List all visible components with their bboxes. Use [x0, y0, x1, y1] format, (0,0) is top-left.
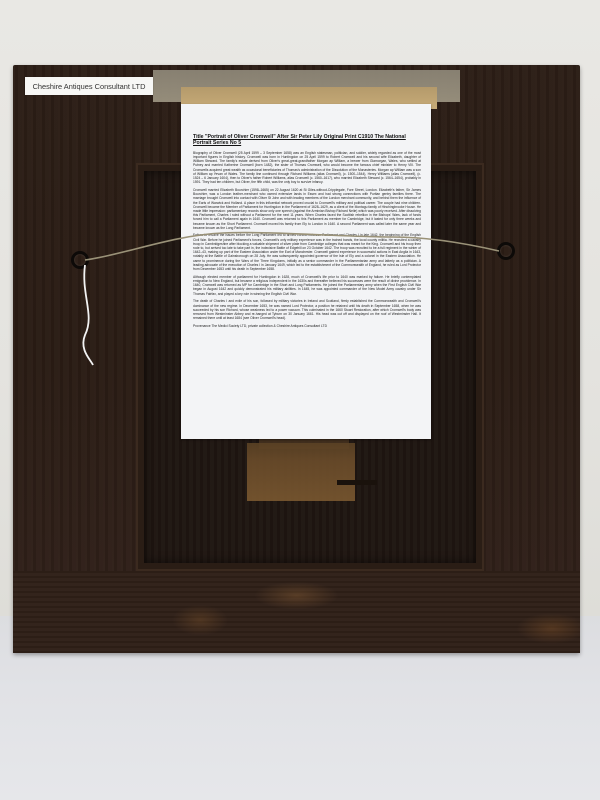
- dealer-sticker: Cheshire Antiques Consultant LTD: [25, 77, 153, 95]
- old-brown-label: [247, 443, 355, 501]
- document-title: Title "Portrait of Oliver Cromwell" Afte…: [193, 134, 421, 147]
- document-paragraph: The death of Charles I and exile of his …: [193, 299, 421, 320]
- frame-bottom-rail: [13, 571, 580, 653]
- provenance-document: Title "Portrait of Oliver Cromwell" Afte…: [181, 104, 431, 439]
- hanging-ring-left-icon: [71, 251, 89, 269]
- document-paragraph: Biography of Oliver Cromwell (25 April 1…: [193, 151, 421, 185]
- document-paragraph: Failure to resolve the issues before the…: [193, 233, 421, 271]
- frame-slot: [337, 480, 377, 485]
- dealer-sticker-text: Cheshire Antiques Consultant LTD: [33, 82, 146, 91]
- document-provenance: Provenance The Medici Society LTD, priva…: [193, 324, 421, 328]
- document-paragraph: Cromwell married Elizabeth Bourchier (15…: [193, 188, 421, 230]
- document-paragraph: Although elected member of parliament fo…: [193, 275, 421, 296]
- hanging-ring-right-icon: [497, 242, 515, 260]
